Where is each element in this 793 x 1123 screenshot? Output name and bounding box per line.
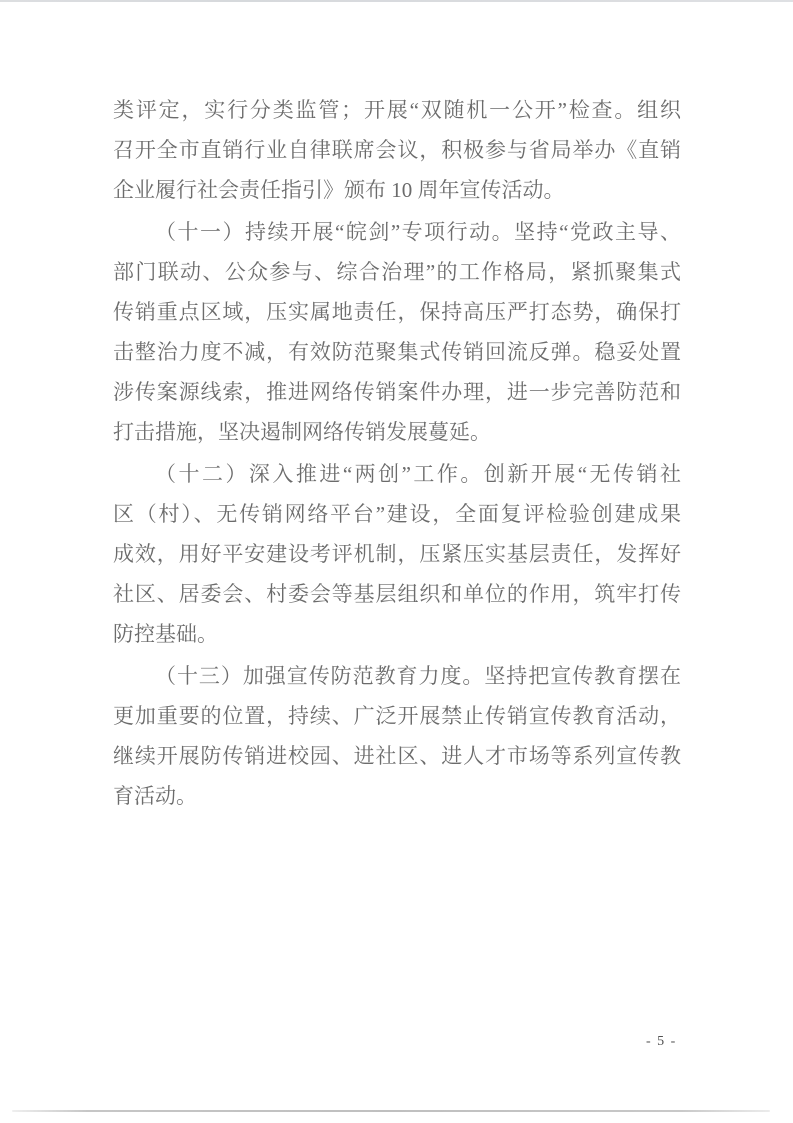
text-line: （十二）深入推进“两创”工作。创新开展“无传销社 <box>113 454 681 494</box>
text-line: 部门联动、公众参与、综合治理”的工作格局，紧抓聚集式 <box>113 252 681 292</box>
text-line: 区（村）、无传销网络平台”建设，全面复评检验创建成果 <box>113 494 681 534</box>
document-body: 类评定，实行分类监管；开展“双随机一公开”检查。组织 召开全市直销行业自律联席会… <box>113 90 681 816</box>
scan-edge-top <box>0 0 793 2</box>
paragraph-item-11: （十一）持续开展“皖剑”专项行动。坚持“党政主导、 部门联动、公众参与、综合治理… <box>113 212 681 452</box>
text-line: 企业履行社会责任指引》颁布 10 周年宣传活动。 <box>113 170 681 210</box>
paragraph-item-12: （十二）深入推进“两创”工作。创新开展“无传销社 区（村）、无传销网络平台”建设… <box>113 454 681 654</box>
text-line: 更加重要的位置，持续、广泛开展禁止传销宣传教育活动， <box>113 696 681 736</box>
text-line: 涉传案源线索，推进网络传销案件办理，进一步完善防范和 <box>113 372 681 412</box>
text-line: 防控基础。 <box>113 614 681 654</box>
text-line: 类评定，实行分类监管；开展“双随机一公开”检查。组织 <box>113 90 681 130</box>
scan-edge-bottom <box>12 1110 770 1112</box>
text-line: 传销重点区域，压实属地责任，保持高压严打态势，确保打 <box>113 292 681 332</box>
document-page: 类评定，实行分类监管；开展“双随机一公开”检查。组织 召开全市直销行业自律联席会… <box>0 0 793 1123</box>
text-line: 社区、居委会、村委会等基层组织和单位的作用，筑牢打传 <box>113 574 681 614</box>
page-number: - 5 - <box>646 1032 677 1052</box>
text-line: 育活动。 <box>113 776 681 816</box>
text-line: 继续开展防传销进校园、进社区、进人才市场等系列宣传教 <box>113 736 681 776</box>
paragraph-continuation: 类评定，实行分类监管；开展“双随机一公开”检查。组织 召开全市直销行业自律联席会… <box>113 90 681 210</box>
text-line: （十三）加强宣传防范教育力度。坚持把宣传教育摆在 <box>113 656 681 696</box>
text-line: 召开全市直销行业自律联席会议，积极参与省局举办《直销 <box>113 130 681 170</box>
text-line: 打击措施，坚决遏制网络传销发展蔓延。 <box>113 412 681 452</box>
paragraph-item-13: （十三）加强宣传防范教育力度。坚持把宣传教育摆在 更加重要的位置，持续、广泛开展… <box>113 656 681 816</box>
text-line: （十一）持续开展“皖剑”专项行动。坚持“党政主导、 <box>113 212 681 252</box>
text-line: 击整治力度不减，有效防范聚集式传销回流反弹。稳妥处置 <box>113 332 681 372</box>
text-line: 成效，用好平安建设考评机制，压紧压实基层责任，发挥好 <box>113 534 681 574</box>
